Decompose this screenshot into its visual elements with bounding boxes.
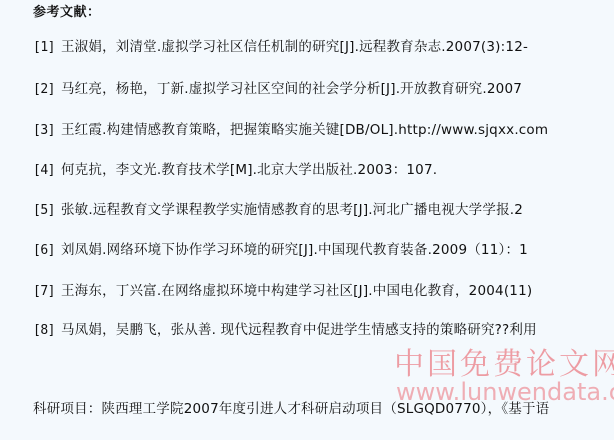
site-watermark: 中国免费论文网 www.lunwendata.com [394,348,614,406]
reference-document: 参考文献： [1]王淑娟，刘清堂.虚拟学习社区信任机制的研究[J].远程教育杂志… [0,0,614,440]
reference-item-6: [6]刘凤娟.网络环境下协作学习环境的研究[J].中国现代教育装备.2009（1… [33,241,528,260]
reference-number: [5] [33,202,55,220]
reference-text: 马凤娟，吴鹏飞，张从善. 现代远程教育中促进学生情感支持的策略研究??利用 [61,322,537,338]
research-project-note: 科研项目：陕西理工学院2007年度引进人才科研启动项目（SLGQD0770），《… [33,400,549,418]
reference-item-5: [5]张敏.远程教育文学课程教学实施情感教育的思考[J].河北广播电视大学学报.… [33,201,523,220]
reference-item-3: [3]王红霞.构建情感教育策略，把握策略实施关键[DB/OL].http://w… [33,121,548,140]
reference-item-4: [4]何克抗，李文光.教育技术学[M].北京大学出版社.2003：107. [33,161,437,180]
reference-item-8: [8]马凤娟，吴鹏飞，张从善. 现代远程教育中促进学生情感支持的策略研究??利用 [33,321,537,340]
watermark-site-name: 中国免费论文网 [394,348,614,382]
reference-number: [8] [33,322,55,340]
reference-number: [6] [33,242,55,260]
reference-text: 何克抗，李文光.教育技术学[M].北京大学出版社.2003：107. [61,162,437,178]
reference-text: 张敏.远程教育文学课程教学实施情感教育的思考[J].河北广播电视大学学报.2 [61,202,523,218]
reference-number: [3] [33,122,55,140]
reference-text: 王淑娟，刘清堂.虚拟学习社区信任机制的研究[J].远程教育杂志.2007(3):… [61,39,528,55]
reference-text: 马红亮，杨艳，丁新.虚拟学习社区空间的社会学分析[J].开放教育研究.2007 [61,81,522,97]
references-heading: 参考文献： [33,4,101,22]
reference-item-1: [1]王淑娟，刘清堂.虚拟学习社区信任机制的研究[J].远程教育杂志.2007(… [33,38,528,57]
reference-text: 王海东，丁兴富.在网络虚拟环境中构建学习社区[J].中国电化教育，2004(11… [61,283,532,299]
reference-text: 刘凤娟.网络环境下协作学习环境的研究[J].中国现代教育装备.2009（11）：… [61,242,528,258]
reference-number: [7] [33,283,55,301]
reference-item-7: [7]王海东，丁兴富.在网络虚拟环境中构建学习社区[J].中国电化教育，2004… [33,282,532,301]
reference-number: [2] [33,81,55,99]
reference-text: 王红霞.构建情感教育策略，把握策略实施关键[DB/OL].http://www.… [61,122,548,138]
reference-item-2: [2]马红亮，杨艳，丁新.虚拟学习社区空间的社会学分析[J].开放教育研究.20… [33,80,522,99]
reference-number: [1] [33,39,55,57]
reference-number: [4] [33,162,55,180]
